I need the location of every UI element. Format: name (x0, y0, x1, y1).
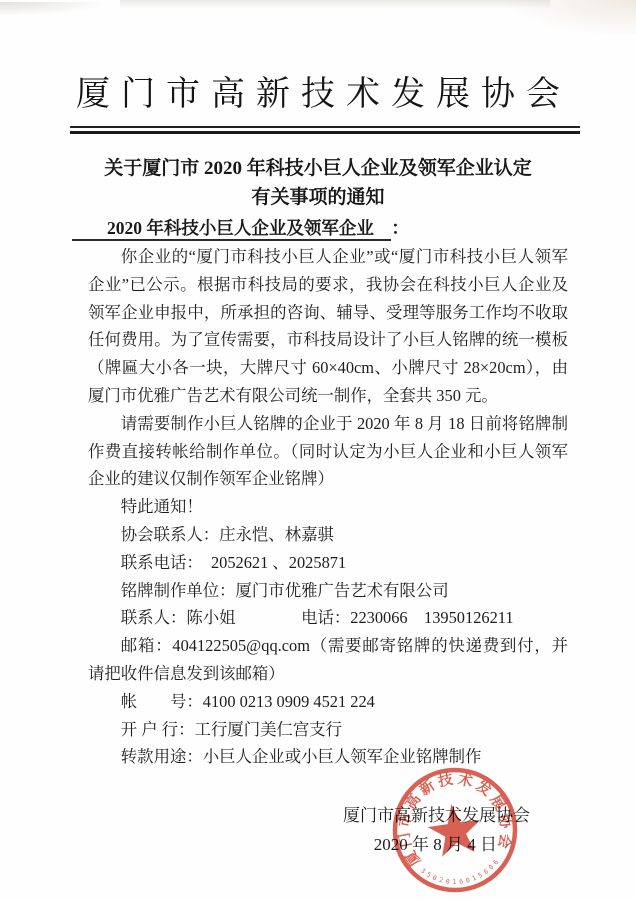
doc-title-line-2: 有关事项的通知 (0, 183, 636, 212)
body-paragraph: 你企业的“厦门市科技小巨人企业”或“厦门市科技小巨人领军企业”已公示。根据市科技… (88, 243, 568, 410)
seal-star-icon (425, 801, 485, 859)
header-double-rule (70, 126, 580, 134)
scan-smudge (0, 2, 110, 16)
contact-line-bank: 开 户 行：工行厦门美仁宫支行 (88, 716, 568, 744)
doc-title: 关于厦门市 2020 年科技小巨人企业及领军企业认定 有关事项的通知 (0, 154, 636, 212)
scan-smudge (120, 0, 550, 9)
doc-title-line-1: 关于厦门市 2020 年科技小巨人企业及领军企业认定 (0, 154, 636, 183)
contact-line-plate-maker: 铭牌制作单位：厦门市优雅广告艺术有限公司 (88, 577, 568, 605)
contact-line-association-contacts: 协会联系人：庄永恺、林嘉骐 (88, 521, 568, 549)
notice-line: 特此通知！ (88, 493, 568, 521)
org-header-title: 厦门市高新技术发展协会 (0, 66, 636, 115)
salutation-colon: ： (391, 218, 409, 238)
contact-line-maker-contact: 联系人：陈小姐 电话：2230066 13950126211 (88, 604, 568, 632)
official-red-seal: 厦门市高新技术发展协会 3502016015606 (377, 752, 533, 900)
document-page: 厦门市高新技术发展协会 关于厦门市 2020 年科技小巨人企业及领军企业认定 有… (0, 0, 636, 900)
contact-line-account-number: 帐 号：4100 0213 0909 4521 224 (88, 688, 568, 716)
document-body: 你企业的“厦门市科技小巨人企业”或“厦门市科技小巨人领军企业”已公示。根据市科技… (88, 243, 568, 771)
scan-smudge (506, 0, 636, 36)
body-paragraph: 请需要制作小巨人铭牌的企业于 2020 年 8 月 18 日前将铭牌制作费直接转… (88, 410, 568, 493)
contact-line-phone: 联系电话： 2052621 、2025871 (88, 549, 568, 577)
contact-line-email: 邮箱：404122505@qq.com（需要邮寄铭牌的快递费到付，并请把收件信息… (88, 632, 568, 688)
salutation-line: 2020 年科技小巨人企业及领军企业 ： (72, 215, 409, 240)
salutation-underlined-text: 2020 年科技小巨人企业及领军企业 (72, 218, 391, 241)
